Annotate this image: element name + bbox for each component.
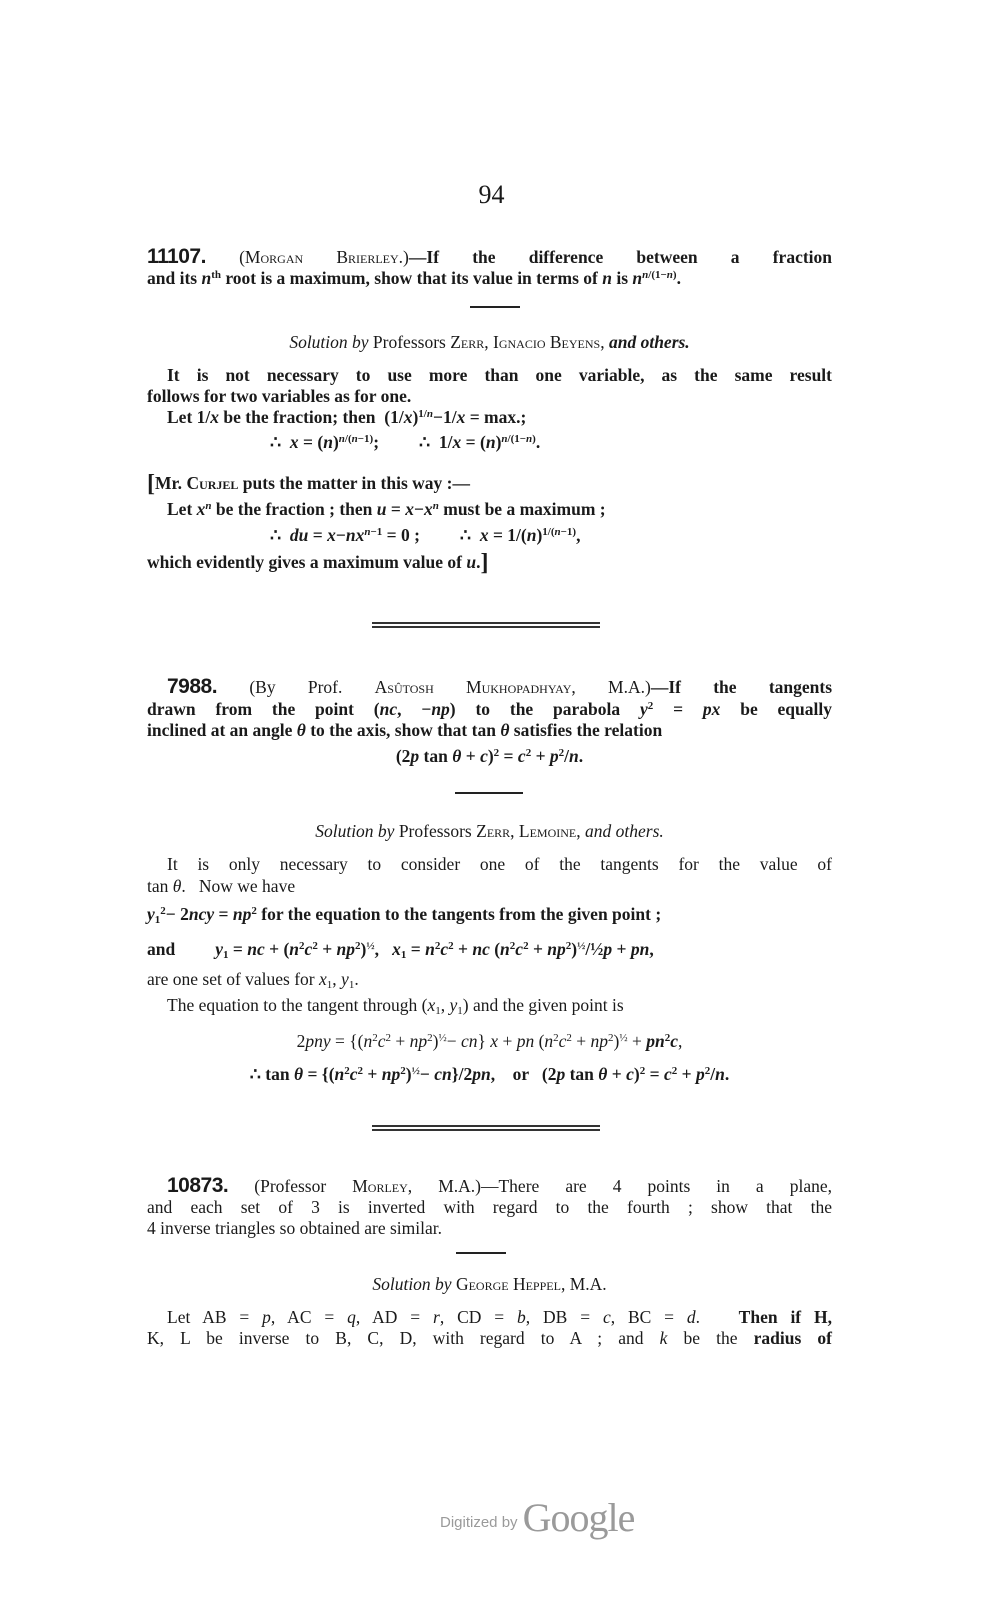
problem-11107-statement-line-2: and its nth root is a maximum, show that… bbox=[147, 267, 832, 289]
solution-equation: 2pny = {(n2c2 + np2)½− cn} x + pn (n2c2 … bbox=[147, 1030, 832, 1052]
problem-proposer: (Professor Morley, M.A.) bbox=[254, 1176, 481, 1196]
section-divider bbox=[455, 792, 523, 794]
solution-line: are one set of values for x1, y1. bbox=[147, 968, 832, 990]
solution-equation: Let 1/x be the fraction; then (1/x)1/n−1… bbox=[147, 406, 832, 428]
problem-proposer: (Morgan Brierley.) bbox=[239, 247, 409, 267]
solution-equation: ∴ x = (n)n/(n−1);∴ 1/x = (n)n/(1−n). bbox=[270, 431, 770, 453]
curjel-note-line-1: [Mr. Curjel puts the matter in this way … bbox=[147, 472, 832, 494]
curjel-note-equation: ∴ du = x−nxn−1 = 0 ;∴ x = 1/(n)1/(n−1), bbox=[270, 524, 770, 546]
problem-proposer: (By Prof. Asûtosh Mukhopadhyay, M.A.) bbox=[249, 677, 650, 697]
problem-7988-statement-line-3: inclined at an angle θ to the axis, show… bbox=[147, 719, 832, 741]
problem-number: 10873. bbox=[147, 1174, 228, 1197]
problem-7988-statement-line-1: 7988. (By Prof. Asûtosh Mukhopadhyay, M.… bbox=[147, 676, 832, 698]
problem-number: 7988. bbox=[147, 675, 217, 698]
problem-separator bbox=[372, 622, 600, 628]
google-logo: Google bbox=[523, 1495, 635, 1540]
problem-10873-statement-line-2: and each set of 3 is inverted with regar… bbox=[147, 1196, 832, 1218]
solution-equation: y12− 2ncy = np2 for the equation to the … bbox=[147, 903, 832, 925]
section-divider bbox=[456, 1252, 506, 1254]
problem-number: 11107. bbox=[147, 245, 206, 268]
problem-7988-relation: (2p tan θ + c)2 = c2 + p2/n. bbox=[147, 745, 832, 767]
problem-10873-statement-line-3: 4 inverse triangles so obtained are simi… bbox=[147, 1217, 832, 1239]
problem-10873-statement-line-1: 10873. (Professor Morley, M.A.)—There ar… bbox=[147, 1175, 832, 1197]
solution-line: The equation to the tangent through (x1,… bbox=[147, 994, 832, 1016]
curjel-note-line-2: Let xn be the fraction ; then u = x−xn m… bbox=[147, 498, 832, 520]
solution-byline: Solution by Professors Zerr, Ignacio Bey… bbox=[147, 331, 832, 353]
solution-equation: andy1 = nc + (n2c2 + np2)½, x1 = n2c2 + … bbox=[147, 938, 832, 960]
page-number: 94 bbox=[0, 180, 983, 210]
curjel-note-line-4: which evidently gives a maximum value of… bbox=[147, 551, 832, 573]
section-divider bbox=[470, 306, 520, 308]
solution-line: tan θ. Now we have bbox=[147, 875, 832, 897]
scanned-page: 94 11107. (Morgan Brierley.)—If the diff… bbox=[0, 0, 983, 1612]
digitized-by-google-watermark: Digitized by Google bbox=[440, 1494, 660, 1541]
solution-equation: ∴ tan θ = {(n2c2 + np2)½− cn}/2pn, or (2… bbox=[147, 1063, 832, 1085]
solution-line: It is not necessary to use more than one… bbox=[147, 364, 832, 386]
problem-11107-statement-line-1: 11107. (Morgan Brierley.)—If the differe… bbox=[147, 246, 832, 268]
solution-line: follows for two variables as for one. bbox=[147, 385, 832, 407]
solution-byline: Solution by George Heppel, M.A. bbox=[147, 1273, 832, 1295]
problem-separator bbox=[372, 1125, 600, 1131]
solution-byline: Solution by Professors Zerr, Lemoine, an… bbox=[147, 820, 832, 842]
solution-line: Let AB = p, AC = q, AD = r, CD = b, DB =… bbox=[147, 1306, 832, 1328]
problem-7988-statement-line-2: drawn from the point (nc, −np) to the pa… bbox=[147, 698, 832, 720]
solution-line: K, L be inverse to B, C, D, with regard … bbox=[147, 1327, 832, 1349]
solution-line: It is only necessary to consider one of … bbox=[147, 853, 832, 875]
